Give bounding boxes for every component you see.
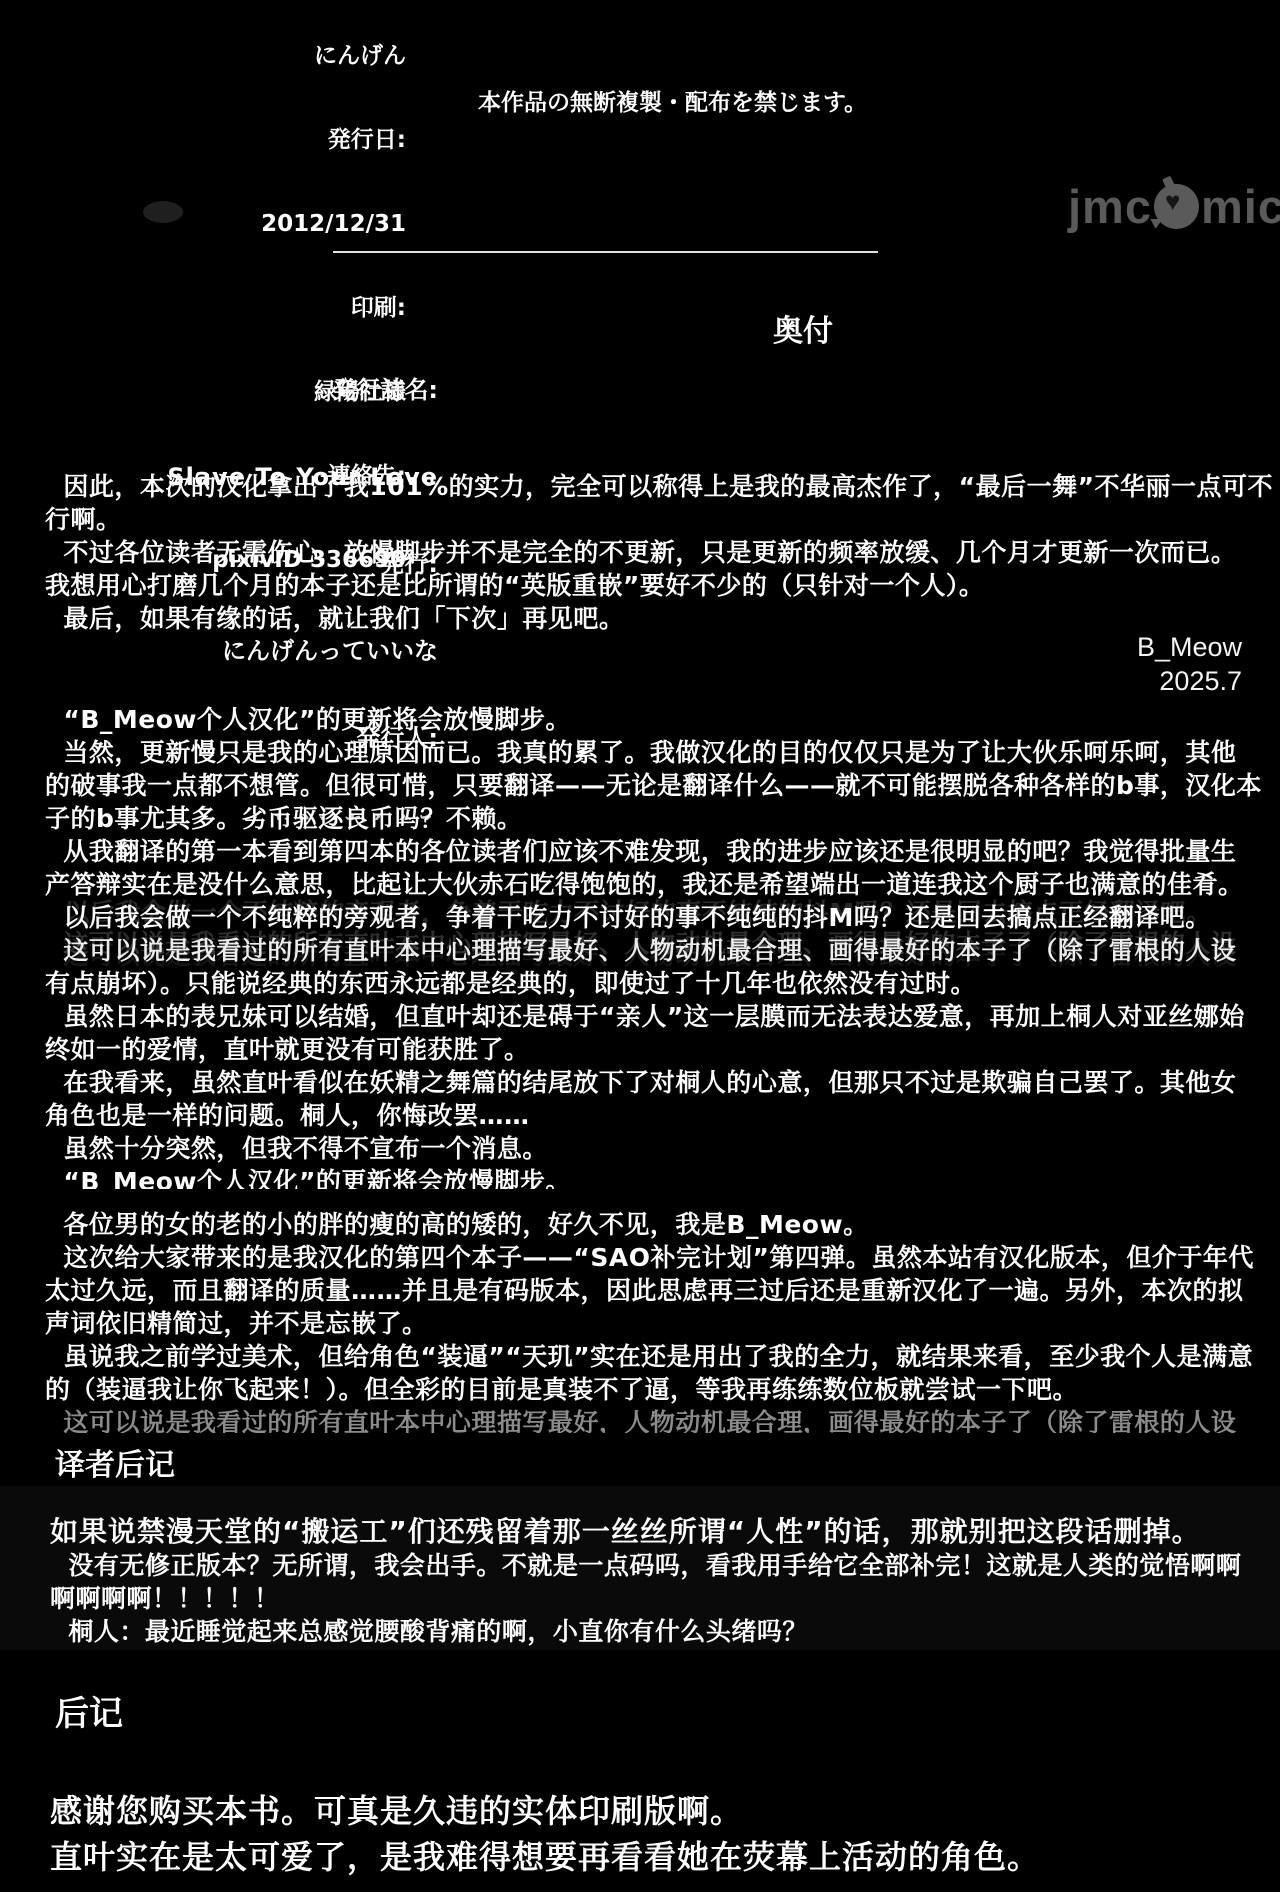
note-line: 声词依旧精简过，并不是忘嵌了。 — [45, 1307, 1280, 1340]
note-line: 啊啊啊啊！！！！！ — [50, 1582, 1280, 1615]
translator-note-2: “B_Meow个人汉化”的更新将会放慢脚步。 当然，更新慢只是我的心理原因而已。… — [45, 703, 1280, 1189]
publisher-value: にんげんっていいな — [0, 637, 438, 666]
colophon-issue-date-label: 発行日: — [0, 126, 406, 154]
afterword-heading: 后记 — [55, 1686, 123, 1735]
okuzuke-heading: 奥付 — [773, 306, 833, 350]
bird-logo-icon — [1154, 184, 1199, 229]
note-line: 虽然日本的表兄妹可以结婚，但直叶却还是碍于“亲人”这一层膜而无法表达爱意，再加上… — [45, 1000, 1280, 1033]
note-line: 感谢您购买本书。可真是久违的实体印刷版啊。 — [50, 1788, 1280, 1834]
note-line: 产答辩实在是没什么意思，比起让大伙赤石吃得饱饱的，我还是希望端出一道连我这个厨子… — [45, 868, 1280, 901]
note-line: 因此，本次的汉化拿出了我101%的实力，完全可以称得上是我的最高杰作了，“最后一… — [45, 470, 1277, 503]
note-line: 有点崩坏）。只能说经典的东西永远都是经典的，即使过了十几年也依然没有过时。 — [45, 967, 1280, 1000]
publication-title-label: 発行誌名: — [0, 376, 438, 405]
note-line: 的破事我一点都不想管。但很可惜，只要翻译——无论是翻译什么——就不可能摆脱各种各… — [45, 769, 1280, 802]
note-line: 行啊。 — [45, 503, 1277, 536]
watermark-text-left: jmc — [1068, 179, 1152, 234]
note-line: 桐人：最近睡觉起来总感觉腰酸背痛的啊，小直你有什么头绪吗？ — [50, 1615, 1280, 1648]
note-line: 这次给大家带来的是我汉化的第四个本子——“SAO补完计划”第四弹。虽然本站有汉化… — [45, 1241, 1280, 1274]
colophon-circle-name-partial: にんげん — [0, 42, 406, 70]
translator-afterword-block: 如果说禁漫天堂的“搬运工”们还残留着那一丝丝所谓“人性”的话，那就别把这段话删掉… — [50, 1514, 1280, 1648]
note-line: 不过各位读者无需伤心，放慢脚步并不是完全的不更新，只是更新的频率放缓、几个月才更… — [45, 536, 1277, 569]
watermark-text-right: mic — [1201, 179, 1280, 234]
translator-note-1: 因此，本次的汉化拿出了我101%的实力，完全可以称得上是我的最高杰作了，“最后一… — [45, 470, 1277, 635]
note-line: 如果说禁漫天堂的“搬运工”们还残留着那一丝丝所谓“人性”的话，那就别把这段话删掉… — [50, 1514, 1280, 1549]
scanned-afterword-page: にんげん 発行日: 2012/12/31 印刷: 緑陽社様 連絡先: pixiv… — [0, 0, 1280, 1892]
note-line: 虽说我之前学过美术，但给角色“装逼”“天玑”实在还是用出了我的全力，就结果来看，… — [45, 1340, 1280, 1373]
reproduction-notice: 本作品の無断複製・配布を禁じます。 — [478, 84, 867, 117]
translator-signature-block: B_Meow 2025.7 — [900, 630, 1242, 698]
jmcomic-watermark: jmc mic — [1068, 180, 1280, 232]
afterword-block: 感谢您购买本书。可真是久违的实体印刷版啊。 直叶实在是太可爱了，是我难得想要再看… — [50, 1788, 1280, 1880]
translator-afterword-heading: 译者后记 — [55, 1440, 175, 1484]
colophon-issue-date-value: 2012/12/31 — [0, 210, 406, 238]
note-line-cutoff: 这可以说是我看过的所有直叶本中心理描写最好，人物动机最合理，画得最好的本子了（除… — [45, 1406, 1280, 1433]
note-line: 虽然十分突然，但我不得不宣布一个消息。 — [45, 1132, 1280, 1165]
note-line: 太过久远，而且翻译的质量……并且是有码版本，因此思虑再三过后还是重新汉化了一遍。… — [45, 1274, 1280, 1307]
note-line: 这可以说是我看过的所有直叶本中心理描写最好、人物动机最合理、画得最好的本子了（除… — [45, 934, 1280, 967]
note-line: 以后我会做一个不纯粹的旁观者，争着干吃力不讨好的事不纯纯的抖M吗？还是回去搞点正… — [45, 901, 1280, 934]
translator-note-3: 各位男的女的老的小的胖的瘦的高的矮的，好久不见，我是B_Meow。 这次给大家带… — [45, 1208, 1280, 1433]
translator-signature: B_Meow — [900, 630, 1242, 664]
note-line: 子的b事尤其多。劣币驱逐良币吗？不赖。 — [45, 802, 1280, 835]
note-line: 从我翻译的第一本看到第四本的各位读者们应该不难发现，我的进步应该还是很明显的吧？… — [45, 835, 1280, 868]
note-line: 在我看来，虽然直叶看似在妖精之舞篇的结尾放下了对桐人的心意，但那只不过是欺骗自己… — [45, 1066, 1280, 1099]
note-line: 角色也是一样的问题。桐人，你悔改罢…… — [45, 1099, 1280, 1132]
note-line-cutoff: “B_Meow个人汉化”的更新将会放慢脚步。 — [45, 1165, 1280, 1189]
note-line: “B_Meow个人汉化”的更新将会放慢脚步。 — [45, 703, 1280, 736]
note-line: 的（装逼我让你飞起来！）。但全彩的目前是真装不了逼，等我再练练数位板就尝试一下吧… — [45, 1373, 1280, 1406]
note-line: 直叶实在是太可爱了，是我难得想要再看看她在荧幕上活动的角色。 — [50, 1834, 1280, 1880]
translator-date: 2025.7 — [900, 664, 1242, 698]
note-line: 终如一的爱情，直叶就更没有可能获胜了。 — [45, 1033, 1280, 1066]
note-line: 没有无修正版本？无所谓，我会出手。不就是一点码吗，看我用手给它全部补完！这就是人… — [50, 1549, 1280, 1582]
note-line: 各位男的女的老的小的胖的瘦的高的矮的，好久不见，我是B_Meow。 — [45, 1208, 1280, 1241]
note-line: 我想用心打磨几个月的本子还是比所谓的“英版重嵌”要好不少的（只针对一个人）。 — [45, 569, 1277, 602]
divider-line — [333, 251, 878, 253]
note-line: 当然，更新慢只是我的心理原因而已。我真的累了。我做汉化的目的仅仅只是为了让大伙乐… — [45, 736, 1280, 769]
